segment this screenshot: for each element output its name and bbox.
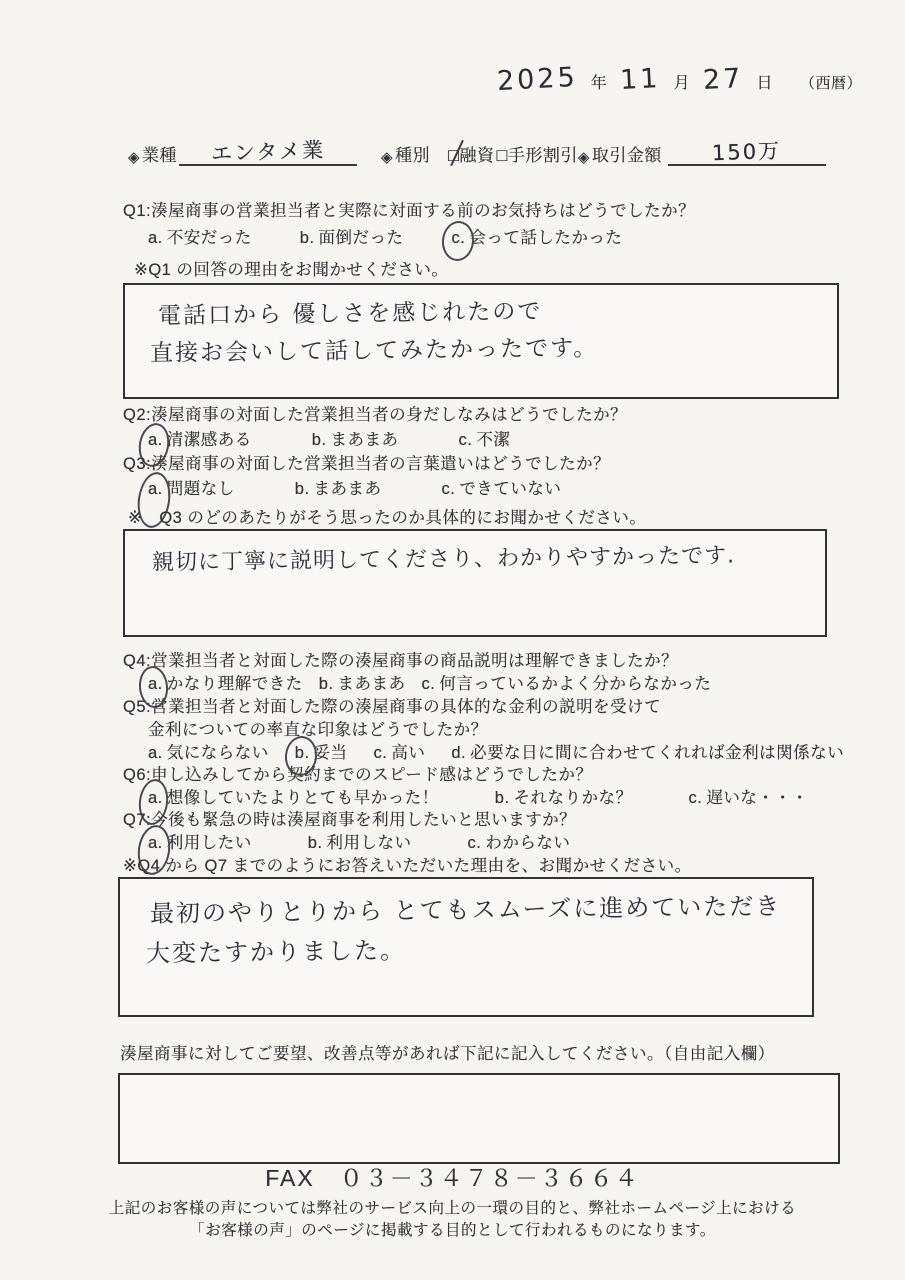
footer-note-line1: 上記のお客様の声については弊社のサービス向上の一環の目的と、弊社ホームページ上に… [0,1196,905,1218]
type-label: 種別 [395,141,430,166]
checkbox-bill-discount-icon: □ [496,145,507,166]
question-5-line2: 金利についての率直な印象はどうでしたか？ [148,716,488,740]
industry-field: エンタメ業 [179,134,357,166]
amount-value-handwritten: 150万 [712,135,782,167]
question-6-options: a.想像していたよりとても早かった！ b.それなりかな？ c.遅いな・・・ [148,784,808,808]
option-d: d.必要な日に間に合わせてくれれば金利は関係ない [451,739,844,763]
option-b: b.まあまあ [312,426,399,450]
question-5: Q5:営業担当者と対面した際の湊屋商事の具体的な金利の説明を受けて [123,693,661,717]
option-c: c.わからない [468,829,571,853]
option-c: c.遅いな・・・ [689,784,809,808]
option-b: b.利用しない [308,829,412,853]
question-3: Q3:湊屋商事の対面した営業担当者の言葉遣いはどうでしたか？ [123,450,610,474]
date-day-label: 日 [756,70,773,93]
date-day-handwritten: 27 [702,63,744,96]
diamond-icon: ◈ [578,148,590,166]
q1-reason-handwritten-line1: 電話口から 優しさを感じれたので [158,293,543,331]
scanned-survey-page: 2025 年 11 月 27 日 （西暦） ◈業種エンタメ業 ◈種別 □融資 □… [0,0,905,1280]
question-7: Q7:今後も緊急の時は湊屋商事を利用したいと思いますか？ [123,806,576,830]
option-c: c.何言っているかよく分からなかった [422,670,712,694]
q3-reason-prompt: ※ Q3 のどのあたりがそう思ったのか具体的にお聞かせください。 [128,504,646,528]
option-a: a.清潔感ある [148,426,252,450]
question-2-options: a.清潔感ある b.まあまあ c.不潔 [148,426,510,450]
option-b: b.面倒だった [300,224,404,248]
option-a: a.かなり理解できた [148,670,303,694]
free-entry-box [118,1073,840,1164]
date-era-label: （西暦） [800,72,862,93]
footer-note-line2: 「お客様の声」のページに掲載する目的として行われるものになります。 [0,1218,905,1240]
type-option-loan: 融資 [459,141,494,166]
option-c: c.できていない [442,475,562,499]
date-month-label: 月 [674,70,691,93]
option-c: c.高い [374,739,426,763]
option-b: b.まあまあ [319,670,406,694]
checkbox-loan-icon: □ [448,145,459,166]
option-b: b.まあまあ [295,475,382,499]
question-4: Q4:営業担当者と対面した際の湊屋商事の商品説明は理解できましたか？ [123,647,678,671]
option-b: b.それなりかな？ [495,784,633,808]
option-c: c.不潔 [459,426,511,450]
option-a: a.問題なし [148,475,235,499]
amount-label: 取引金額 [592,141,662,166]
option-b: b.妥当 [295,739,348,763]
industry-label: 業種 [142,141,177,166]
question-1-options: a.不安だった b.面倒だった c.会って話したかった [148,224,622,248]
question-2: Q2:湊屋商事の対面した営業担当者の身だしなみはどうでしたか？ [123,401,627,425]
diamond-icon: ◈ [381,148,393,166]
question-6: Q6:申し込みしてから契約までのスピード感はどうでしたか？ [123,761,592,785]
header-fields-row: ◈業種エンタメ業 ◈種別 □融資 □手形割引 ◈取引金額150万 [128,134,826,166]
option-a: a.気にならない [148,739,269,763]
q4-q7-reason-handwritten-line2: 大変たすかりました。 [146,930,406,968]
industry-value-handwritten: エンタメ業 [210,134,325,168]
free-entry-prompt: 湊屋商事に対してご要望、改善点等があれば下記に記入してください。（自由記入欄） [120,1040,775,1064]
diamond-icon: ◈ [128,148,140,166]
type-option-bill-discount: 手形割引 [508,141,578,166]
option-a: a.不安だった [148,224,252,248]
question-1: Q1:湊屋商事の営業担当者と実際に対面する前のお気持ちはどうでしたか？ [123,197,695,221]
q4-q7-reason-prompt: ※Q4 から Q7 までのようにお答えいただいた理由を、お聞かせください。 [123,852,692,876]
question-4-options: a.かなり理解できた b.まあまあ c.何言っているかよく分からなかった [148,670,711,694]
date-month-handwritten: 11 [619,63,661,96]
question-5-options: a.気にならない b.妥当 c.高い d.必要な日に間に合わせてくれれば金利は関… [148,739,844,763]
date-year-label: 年 [591,70,608,93]
date-line: 2025 年 11 月 27 日 （西暦） [497,64,862,95]
q1-reason-handwritten-line2: 直接お会いして話してみたかったです。 [150,329,599,367]
option-a: a.利用したい [148,829,252,853]
option-a: a.想像していたよりとても早かった！ [148,784,439,808]
fax-number: FAX ０３－３４７８－３６６４ [0,1160,905,1193]
question-7-options: a.利用したい b.利用しない c.わからない [148,829,570,853]
option-c: c.会って話したかった [452,224,623,248]
amount-field: 150万 [668,134,826,166]
q1-reason-prompt: ※Q1 の回答の理由をお聞かせください。 [134,256,448,280]
question-3-options: a.問題なし b.まあまあ c.できていない [148,475,561,499]
date-year-handwritten: 2025 [496,62,578,97]
